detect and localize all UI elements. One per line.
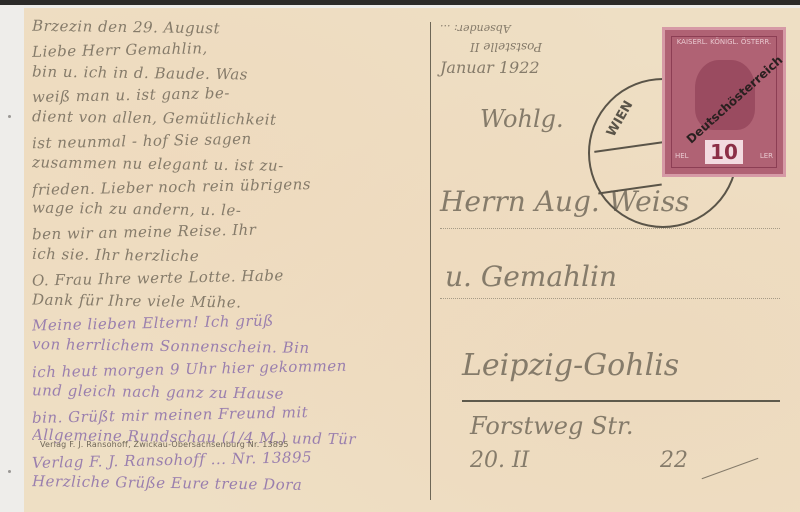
stamp-text-left: HEL [675, 152, 689, 160]
message-line: bin. Grüßt mir meinen Freund mit [32, 403, 308, 427]
recipient-street: Forstweg Str. [470, 412, 634, 440]
message-line: Brzezin den 29. August [32, 17, 220, 38]
message-line: ich heut morgen 9 Uhr hier gekommen [32, 357, 347, 382]
address-line-2 [440, 298, 780, 300]
postmark-bar [598, 184, 662, 195]
message-line: bin u. ich in d. Baude. Was [32, 62, 248, 83]
margin-dot [8, 115, 11, 118]
message-line: wage ich zu andern, u. le- [32, 199, 242, 220]
city-underline [462, 400, 780, 402]
message-line: Dank für Ihre viele Mühe. [32, 290, 242, 311]
message-line: von herrlichem Sonnenschein. Bin [32, 335, 310, 357]
message-line: zusammen nu elegant u. ist zu- [32, 153, 284, 175]
message-line: und gleich nach ganz zu Hause [32, 381, 284, 403]
return-note-2: Poststelle II [470, 40, 542, 54]
stamp-denomination: 10 [705, 140, 743, 164]
message-line: weiß man u. ist ganz be- [32, 84, 230, 106]
message-line: Herzliche Grüße Eure treue Dora [32, 472, 302, 494]
address-prefix: Wohlg. [480, 105, 564, 133]
message-line: Meine lieben Eltern! Ich grüß [32, 312, 274, 335]
message-line: Verlag F. J. Ransohoff ... Nr. 13895 [32, 448, 312, 472]
postmark-bar [594, 141, 664, 153]
date-note-left: 20. II [470, 448, 529, 473]
address-line-1 [440, 228, 780, 230]
top-edge-bar [0, 0, 800, 5]
date-note-right: 22 [660, 448, 688, 473]
postage-stamp: KAISERL. KÖNIGL. ÖSTERR. HEL 10 LER Deut… [662, 27, 786, 177]
left-margin-strip [0, 5, 24, 512]
message-line: ist neunmal - hof Sie sagen [32, 130, 252, 153]
return-note-3: Januar 1922 [440, 58, 540, 77]
message-line: frieden. Lieber noch rein übrigens [32, 175, 311, 199]
message-line: ich sie. Ihr herzliche [32, 245, 199, 265]
message-line: ben wir an meine Reise. Ihr [32, 221, 257, 244]
stamp-top-text: KAISERL. KÖNIGL. ÖSTERR. [665, 38, 783, 46]
margin-dot [8, 470, 11, 473]
return-note-1: Absender: ... [440, 22, 511, 35]
postmark-text: WIEN [604, 98, 636, 139]
recipient-line-2: u. Gemahlin [445, 260, 617, 293]
center-divider-line [430, 22, 431, 500]
publisher-imprint: Verlag F. J. Ransohoff, Zwickau-Obersach… [40, 440, 289, 449]
message-line: Liebe Herr Gemahlin, [32, 39, 208, 61]
message-line: O. Frau Ihre werte Lotte. Habe [32, 266, 284, 289]
message-line: dient von allen, Gemütlichkeit [32, 107, 277, 128]
stamp-text-right: LER [760, 152, 773, 160]
handwritten-message: Brzezin den 29. AugustLiebe Herr Gemahli… [32, 14, 402, 494]
recipient-city: Leipzig-Gohlis [462, 348, 679, 383]
